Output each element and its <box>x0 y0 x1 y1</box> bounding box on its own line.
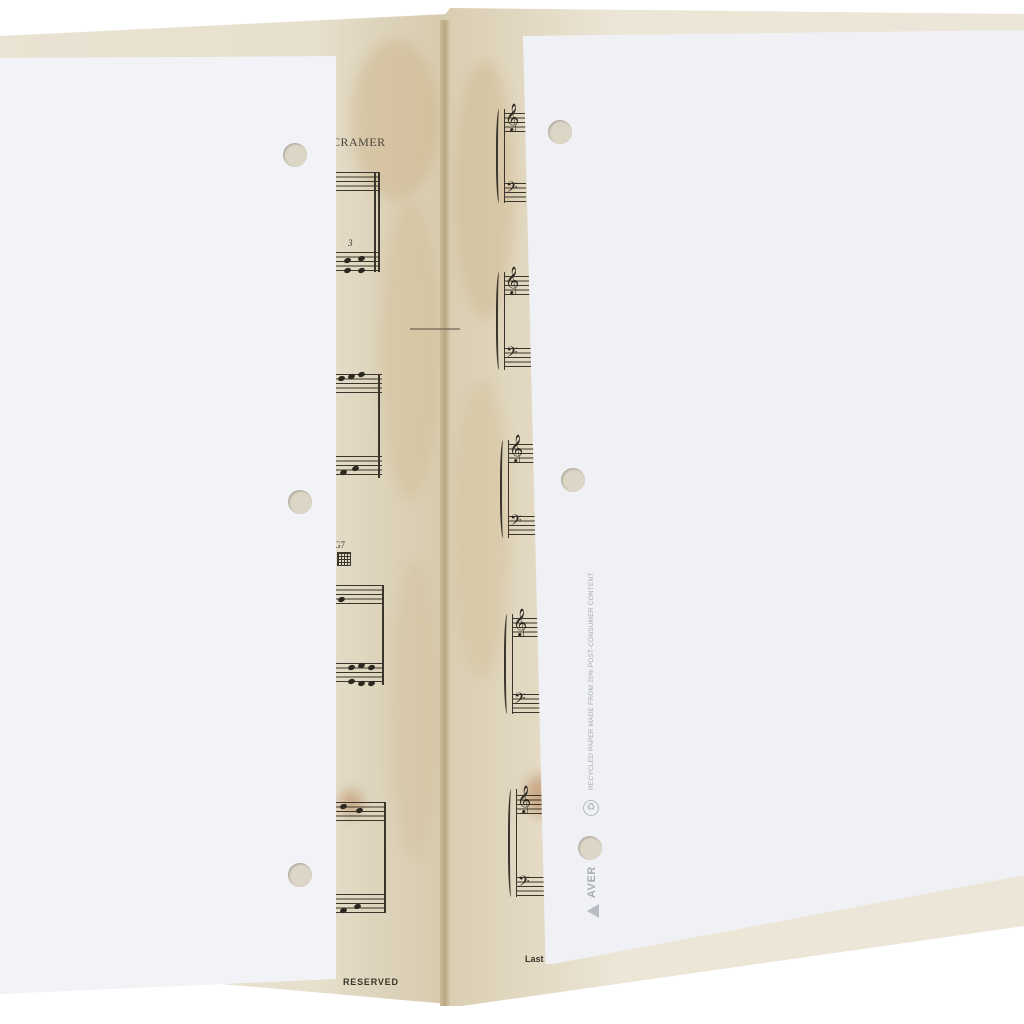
punch-hole <box>288 863 312 887</box>
stain <box>380 200 440 500</box>
brace <box>496 109 504 203</box>
recycled-paper-notice: RECYCLED PAPER MADE FROM 20% POST-CONSUM… <box>588 550 595 790</box>
brace <box>500 440 508 538</box>
paper-crease <box>410 328 460 330</box>
recycle-icon: ♻ <box>583 800 599 816</box>
staff-system <box>334 372 382 482</box>
photo-scene: CRAMER 3 G7 <box>0 0 1024 1024</box>
copyright-footer: RESERVED <box>343 977 399 987</box>
staff-lines <box>336 585 384 605</box>
book-gutter <box>440 20 450 1006</box>
brand-name: AVER <box>586 866 598 898</box>
grand-staff: 𝄞 𝄢 <box>496 268 532 372</box>
chord-diagram <box>337 552 351 566</box>
punch-hole <box>561 468 585 492</box>
treble-clef-icon: 𝄞 <box>505 268 519 292</box>
punch-hole <box>288 490 312 514</box>
grand-staff: 𝄞 𝄢 <box>496 105 526 205</box>
bass-clef-icon: 𝄢 <box>506 181 518 199</box>
punch-hole <box>578 836 602 860</box>
punch-hole <box>283 143 307 167</box>
staff-system <box>336 585 384 695</box>
punch-hole <box>548 120 572 144</box>
grand-staff: 𝄞 𝄢 <box>500 436 538 540</box>
staff-system: 3 <box>334 172 380 272</box>
bass-clef-icon: 𝄢 <box>506 346 518 364</box>
treble-clef-icon: 𝄞 <box>505 105 519 129</box>
composer-name: CRAMER <box>332 135 386 150</box>
staff-system <box>336 800 386 930</box>
staff-lines <box>334 252 380 272</box>
note <box>357 680 365 687</box>
brace <box>496 272 504 370</box>
bass-clef-icon: 𝄢 <box>510 514 522 532</box>
treble-clef-icon: 𝄞 <box>509 436 523 460</box>
brace <box>508 789 516 897</box>
note <box>367 680 375 687</box>
stain <box>390 560 440 860</box>
bass-clef-icon: 𝄢 <box>518 875 530 893</box>
cover-sheet-left <box>0 56 336 994</box>
note <box>347 678 355 685</box>
bass-clef-icon: 𝄢 <box>514 692 526 710</box>
brace <box>504 614 512 714</box>
treble-clef-icon: 𝄞 <box>517 787 531 811</box>
cover-sheet-right <box>523 30 1024 964</box>
avery-logo-icon <box>587 904 599 918</box>
treble-clef-icon: 𝄞 <box>513 610 527 634</box>
tuplet-mark: 3 <box>348 238 353 248</box>
